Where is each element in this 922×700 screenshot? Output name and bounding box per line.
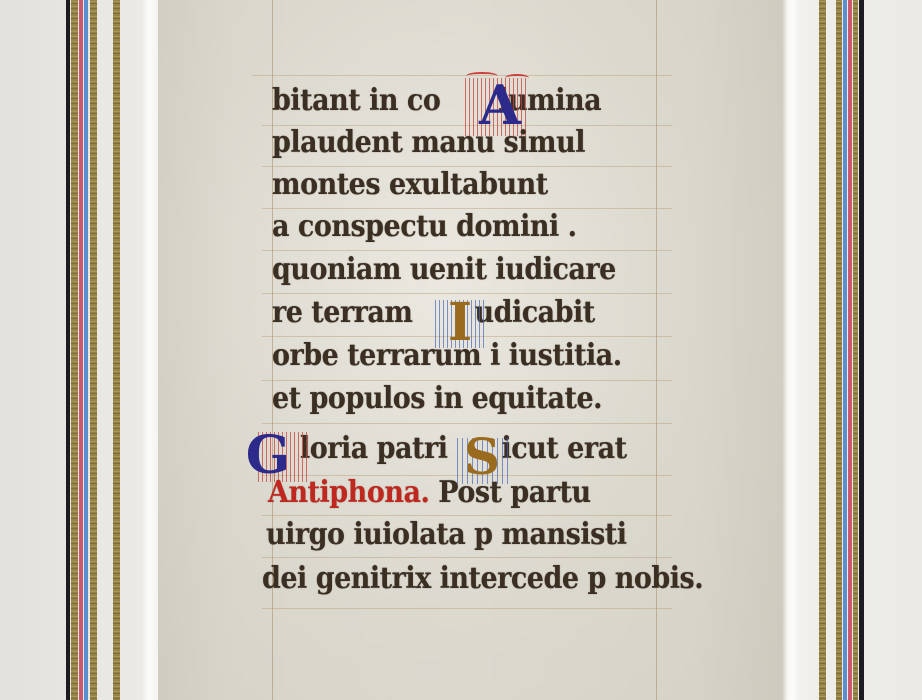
manuscript-line-7: orbe terrarum i iustitia. xyxy=(272,339,622,373)
manuscript-line-10: Antiphona. Post partu xyxy=(268,476,591,510)
mat-line-red-right xyxy=(848,0,852,700)
manuscript-line-3: montes exultabunt xyxy=(272,168,548,202)
mat-line-red-left xyxy=(79,0,83,700)
manuscript-line-4: a conspectu domini . xyxy=(272,210,577,244)
ruling-line xyxy=(262,423,672,424)
mat-line-gold-right-2 xyxy=(836,0,842,700)
mat-line-gold-left-1 xyxy=(71,0,78,700)
ruling-line xyxy=(262,557,672,558)
rubric-antiphona: Antiphona. xyxy=(268,475,429,510)
mat-bevel-left xyxy=(143,0,158,700)
mat-line-gold-right-3 xyxy=(853,0,858,700)
mat-line-blue-left xyxy=(84,0,88,700)
mat-line-gold-left-2 xyxy=(90,0,97,700)
line-text: loria patri xyxy=(300,431,447,466)
ruling-line xyxy=(262,515,672,516)
manuscript-line-8: et populos in equitate. xyxy=(272,382,602,416)
mat-line-gold-right-1 xyxy=(819,0,826,700)
mat-bevel-right xyxy=(782,0,800,700)
manuscript-line-2: plaudent manu simul xyxy=(272,126,585,160)
manuscript-line-5: quoniam uenit iudicare xyxy=(272,253,616,287)
manuscript-line-11: uirgo iuiolata p mansisti xyxy=(266,518,627,552)
initial-G: G xyxy=(238,430,298,482)
ruling-line xyxy=(262,250,672,251)
line-text: Post partu xyxy=(438,475,590,510)
flourish-top xyxy=(505,74,529,82)
initial-A: A xyxy=(470,78,530,132)
line-text: bitant in co xyxy=(272,83,440,118)
line-text: re terram xyxy=(272,295,412,330)
manuscript-line-1: bitant in columina xyxy=(272,84,601,118)
manuscript-line-12: dei genitrix intercede p nobis. xyxy=(262,562,703,596)
line-text: icut erat xyxy=(501,431,626,466)
mat-line-blue-right xyxy=(843,0,847,700)
line-text: udicabit xyxy=(474,295,594,330)
ruling-line xyxy=(262,608,672,609)
mat-line-black-left xyxy=(66,0,70,700)
mat-line-gold-left-3 xyxy=(113,0,120,700)
flourish-top xyxy=(466,72,498,80)
ruling-line xyxy=(252,75,672,76)
mat-line-black-right xyxy=(859,0,864,700)
